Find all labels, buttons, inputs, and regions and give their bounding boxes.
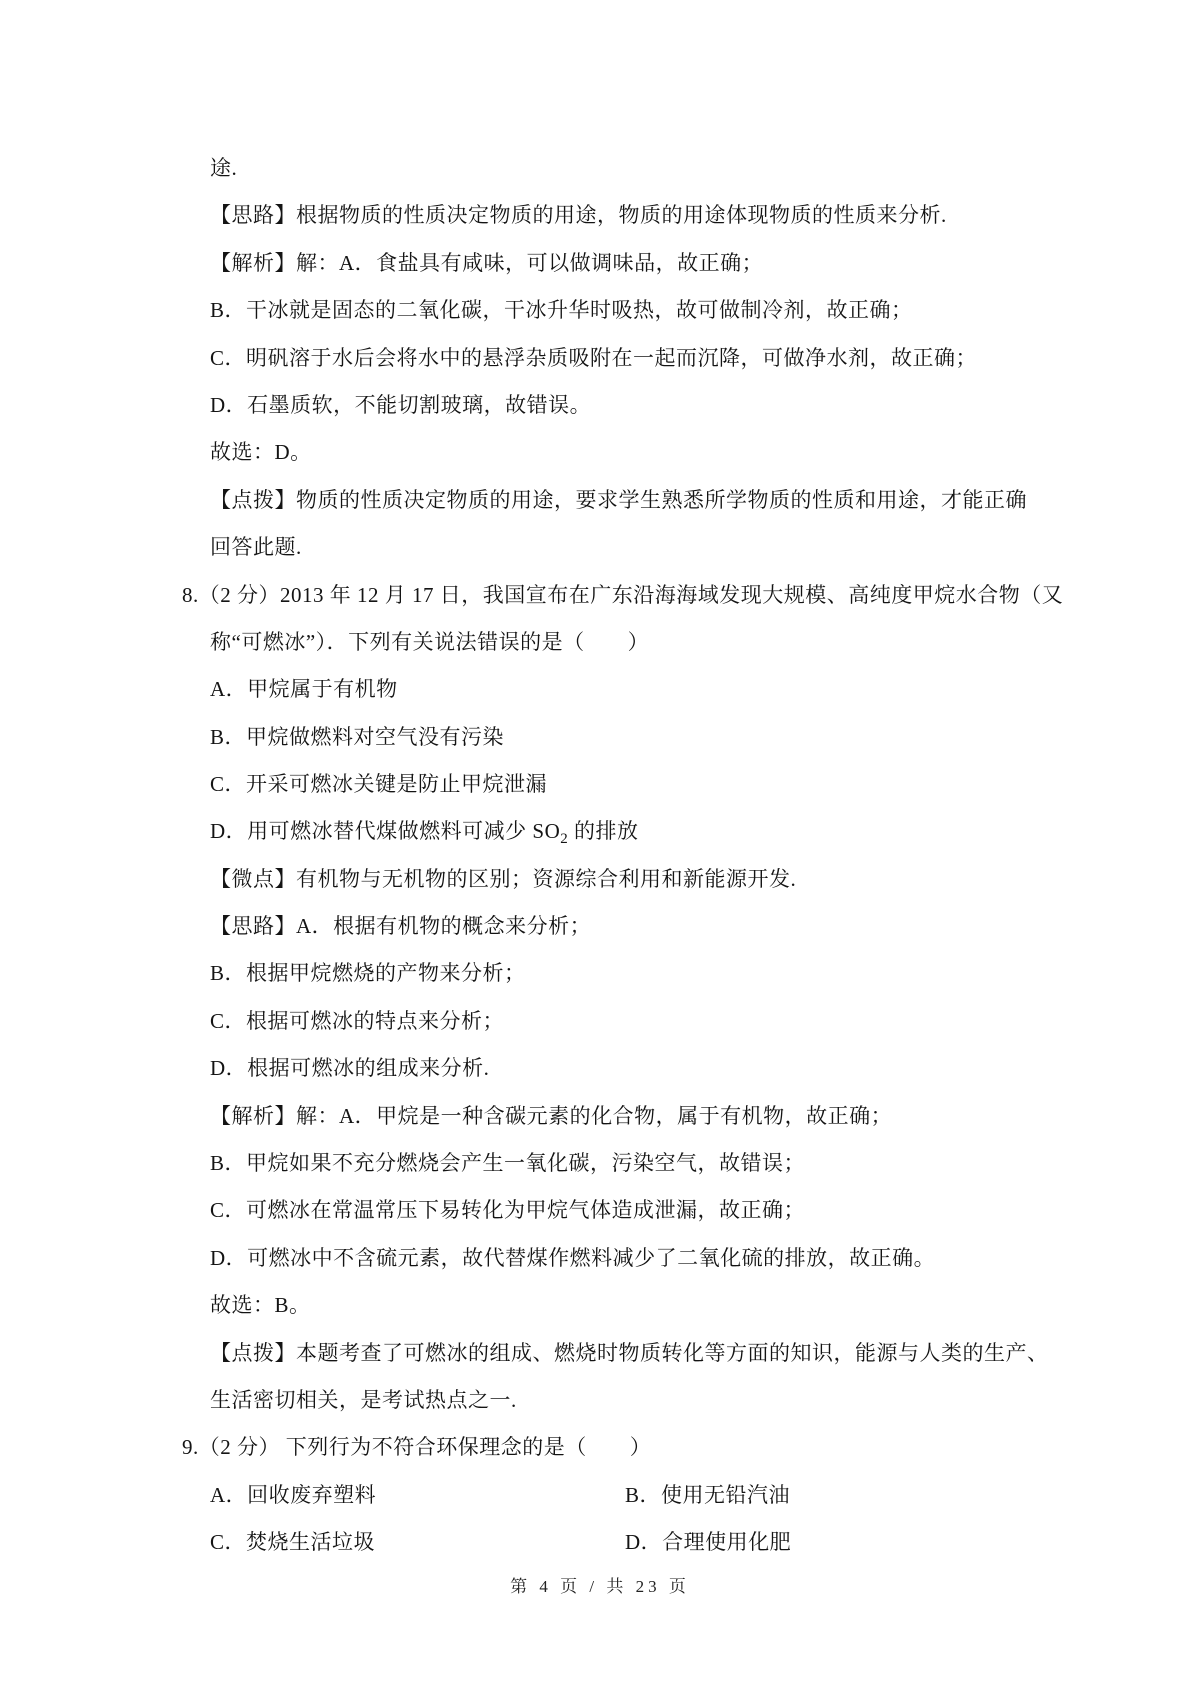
solution8-analysis-d: D．可燃冰中不含硫元素，故代替煤作燃料减少了二氧化硫的排放，故正确。 [210,1245,935,1271]
question9-option-c: C．焚烧生活垃圾 [210,1529,375,1555]
question9-option-d: D．合理使用化肥 [625,1529,791,1555]
question8-stem-line-1: 8.（2 分）2013 年 12 月 17 日，我国宣布在广东沿海海域发现大规模… [182,582,1063,608]
question8-option-c: C．开采可燃冰关键是防止甲烷泄漏 [210,771,547,797]
solution8-approach-d: D．根据可燃冰的组成来分析. [210,1055,489,1081]
solution7-tip-line-2: 回答此题. [210,534,302,560]
question8-option-d-text: D．用可燃冰替代煤做燃料可减少 SO [210,819,560,843]
solution7-analysis-b: B．干冰就是固态的二氧化碳，干冰升华时吸热，故可做制冷剂，故正确； [210,297,913,323]
solution8-tip-line-2: 生活密切相关，是考试热点之一. [210,1387,517,1413]
document-page: 途. 【思路】根据物质的性质决定物质的用途，物质的用途体现物质的性质来分析. 【… [0,0,1200,1698]
solution8-tip-line-1: 【点拨】本题考查了可燃冰的组成、燃烧时物质转化等方面的知识，能源与人类的生产、 [210,1340,1049,1366]
solution8-analysis-c: C．可燃冰在常温常压下易转化为甲烷气体造成泄漏，故正确； [210,1197,805,1223]
solution8-approach-b: B．根据甲烷燃烧的产物来分析； [210,960,526,986]
question9-option-a: A．回收废弃塑料 [210,1482,376,1508]
solution7-analysis-d: D．石墨质软，不能切割玻璃，故错误。 [210,392,591,418]
solution7-approach-line: 【思路】根据物质的性质决定物质的用途，物质的用途体现物质的性质来分析. [210,202,947,228]
question9-stem-line: 9.（2 分） 下列行为不符合环保理念的是（ ） [182,1434,651,1460]
solution8-answer-line: 故选：B。 [210,1292,311,1318]
solution7-analysis-c: C．明矾溶于水后会将水中的悬浮杂质吸附在一起而沉降，可做净水剂，故正确； [210,345,977,371]
solution8-approach-a: 【思路】A．根据有机物的概念来分析； [210,913,591,939]
solution8-analysis-a: 【解析】解：A．甲烷是一种含碳元素的化合物，属于有机物，故正确； [210,1103,892,1129]
solution7-answer-line: 故选：D。 [210,439,312,465]
question9-option-b: B．使用无铅汽油 [625,1482,790,1508]
question8-stem-line-2: 称“可燃冰”）．下列有关说法错误的是（ ） [210,629,649,655]
question8-option-d: D．用可燃冰替代煤做燃料可减少 SO2 的排放 [210,818,639,844]
solution8-keypoint-line: 【微点】有机物与无机物的区别；资源综合利用和新能源开发. [210,866,796,892]
solution7-tip-line-1: 【点拨】物质的性质决定物质的用途，要求学生熟悉所学物质的性质和用途，才能正确 [210,487,1027,513]
solution8-analysis-b: B．甲烷如果不充分燃烧会产生一氧化碳，污染空气，故错误； [210,1150,805,1176]
solution7-analysis-a: 【解析】解：A．食盐具有咸味，可以做调味品，故正确； [210,250,763,276]
solution7-overflow-line: 途. [210,155,237,181]
question8-option-a: A．甲烷属于有机物 [210,676,398,702]
solution8-approach-c: C．根据可燃冰的特点来分析； [210,1008,504,1034]
question8-option-b: B．甲烷做燃料对空气没有污染 [210,724,504,750]
page-number-footer: 第 4 页 / 共 23 页 [0,1572,1200,1597]
question8-option-d-tail: 的排放 [568,819,638,843]
